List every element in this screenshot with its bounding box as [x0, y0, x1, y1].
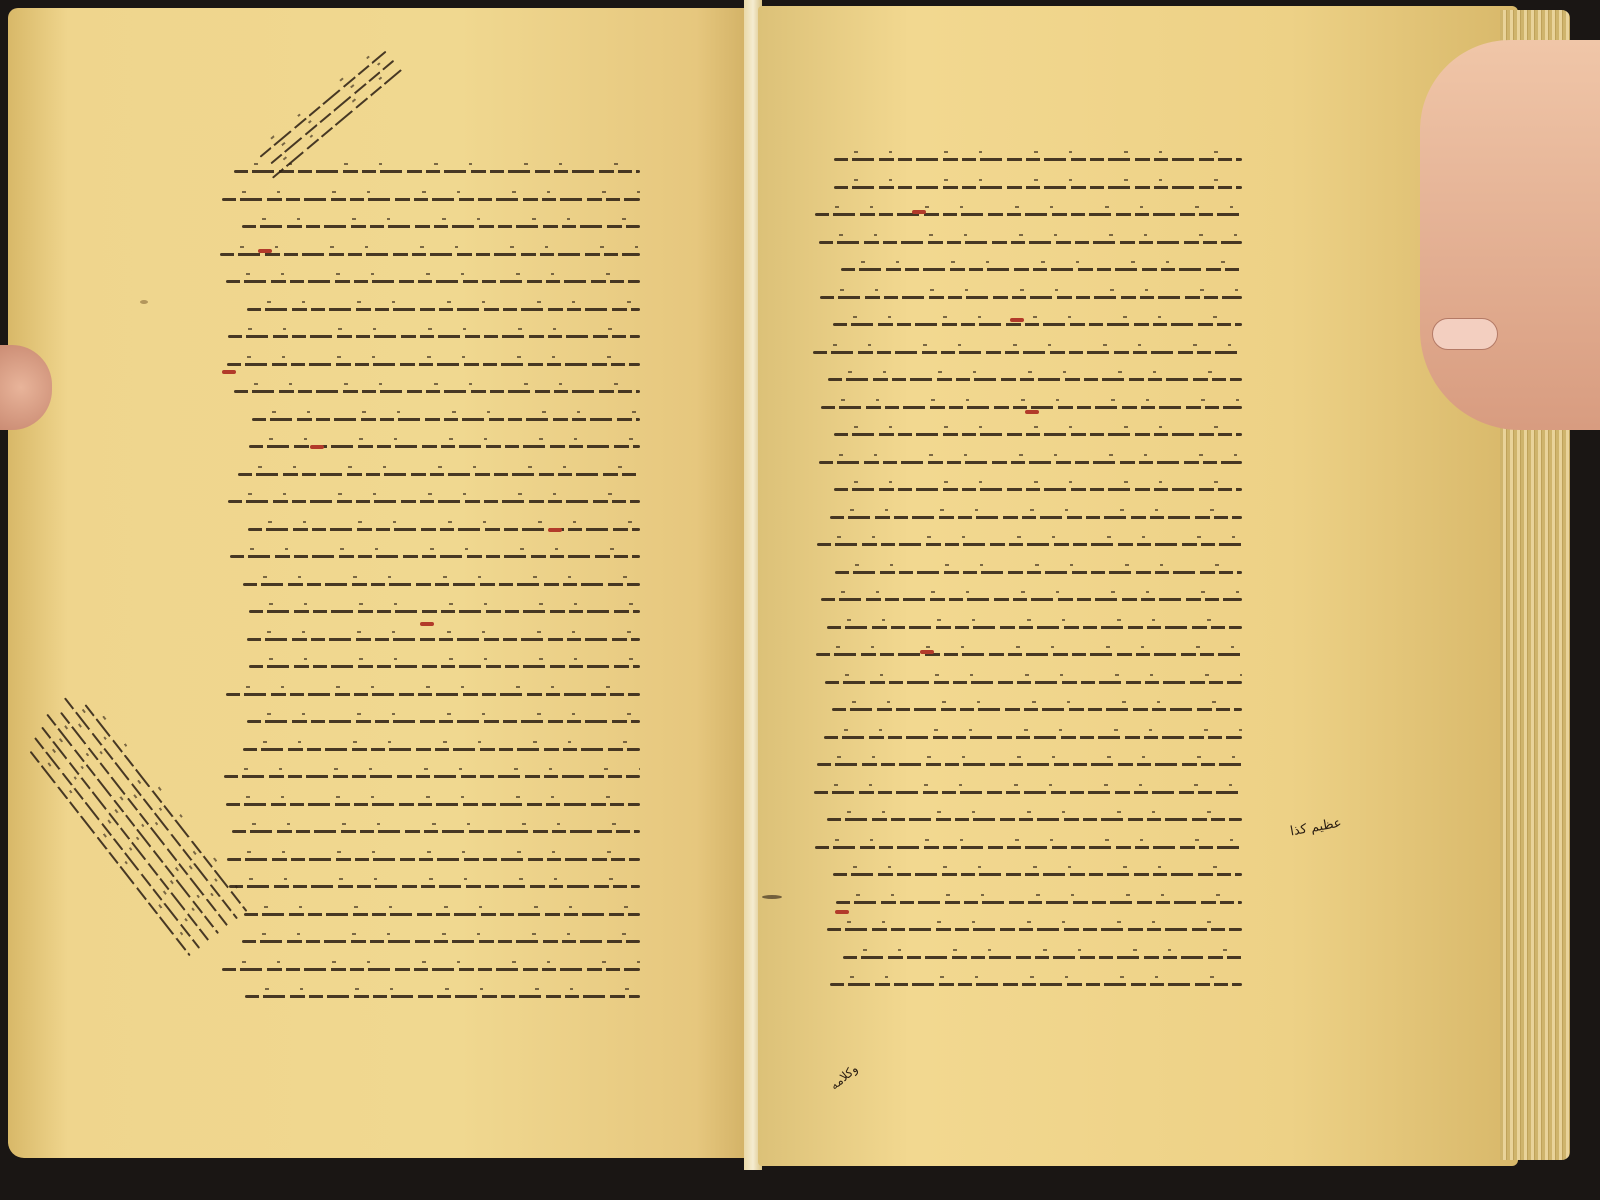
text-line: [832, 708, 1242, 711]
text-line: [249, 665, 640, 668]
text-line: [226, 280, 640, 283]
text-line: [836, 901, 1242, 904]
text-line: [228, 500, 640, 503]
text-line: [825, 681, 1242, 684]
rubric-mark: [258, 249, 272, 253]
thumbnail: [1432, 318, 1498, 350]
text-line: [242, 225, 640, 228]
rubric-mark: [420, 622, 434, 626]
text-line: [228, 335, 640, 338]
text-line: [224, 775, 640, 778]
text-line: [229, 885, 640, 888]
text-line: [238, 473, 640, 476]
text-line: [249, 445, 640, 448]
text-line: [226, 693, 640, 696]
paper-stain: [140, 300, 148, 304]
text-line: [830, 983, 1242, 986]
text-line: [234, 390, 640, 393]
text-line: [817, 543, 1242, 546]
text-line: [226, 803, 640, 806]
text-line: [248, 528, 640, 531]
text-line: [828, 378, 1242, 381]
text-line: [243, 583, 640, 586]
text-line: [830, 516, 1242, 519]
text-line: [819, 241, 1242, 244]
rubric-mark: [310, 445, 324, 449]
text-line: [827, 626, 1242, 629]
text-line: [843, 956, 1242, 959]
text-line: [827, 928, 1242, 931]
left-page-text: [220, 170, 640, 1023]
text-line: [821, 406, 1242, 409]
text-line: [244, 913, 640, 916]
text-line: [222, 968, 640, 971]
rubric-mark: [1010, 318, 1024, 322]
rubric-mark: [920, 650, 934, 654]
text-line: [819, 461, 1242, 464]
text-line: [834, 186, 1242, 189]
text-line: [841, 268, 1242, 271]
text-line: [242, 940, 640, 943]
rubric-mark: [912, 210, 926, 214]
rubric-mark: [548, 528, 562, 532]
rubric-mark: [1025, 410, 1039, 414]
text-line: [827, 818, 1242, 821]
text-line: [249, 610, 640, 613]
text-line: [833, 323, 1242, 326]
text-line: [834, 488, 1242, 491]
rubric-mark: [835, 910, 849, 914]
text-line: [230, 555, 640, 558]
rubric-mark: [222, 370, 236, 374]
text-line: [815, 846, 1242, 849]
text-line: [817, 763, 1242, 766]
text-line: [227, 858, 640, 861]
text-line: [834, 158, 1242, 161]
text-line: [245, 995, 640, 998]
right-page-text: [812, 158, 1242, 1011]
text-line: [220, 253, 640, 256]
text-line: [243, 748, 640, 751]
text-line: [232, 830, 640, 833]
text-line: [835, 571, 1242, 574]
text-line: [833, 873, 1242, 876]
text-line: [814, 791, 1242, 794]
text-line: [222, 198, 640, 201]
text-line: [252, 418, 640, 421]
text-line: [824, 736, 1242, 739]
text-line: [821, 598, 1242, 601]
text-line: [834, 433, 1242, 436]
paper-stain: [762, 895, 782, 899]
text-line: [247, 308, 640, 311]
text-line: [247, 720, 640, 723]
text-line: [816, 653, 1242, 656]
right-hand: [1420, 40, 1600, 430]
text-line: [227, 363, 640, 366]
text-line: [820, 296, 1242, 299]
text-line: [247, 638, 640, 641]
text-line: [813, 351, 1242, 354]
text-line: [815, 213, 1242, 216]
